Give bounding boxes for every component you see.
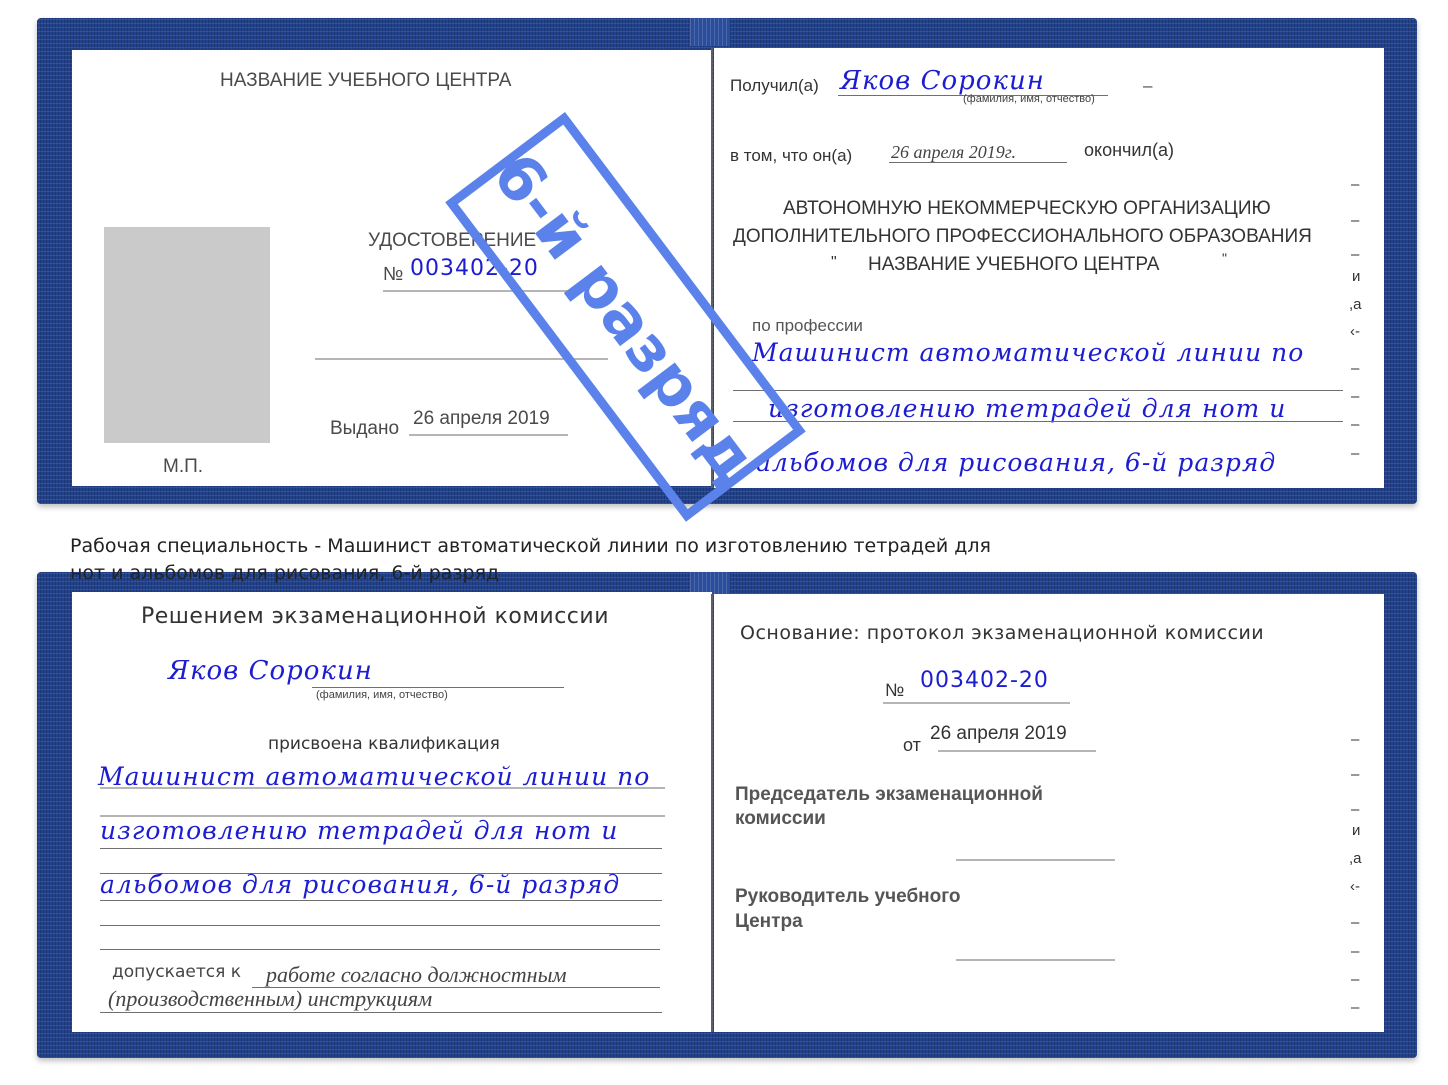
completed-prefix: в том, что он(а) <box>730 146 852 166</box>
caption-line-1: Рабочая специальность - Машинист автомат… <box>70 535 991 557</box>
protocol-date: 26 апреля 2019 <box>930 723 1067 745</box>
recipient-name: Яков Сорокин <box>840 66 1045 96</box>
chairman-signature-line <box>956 859 1115 861</box>
protocol-number: 003402-20 <box>920 668 1049 693</box>
admitted-line-2: (производственным) инструкциям <box>108 986 432 1012</box>
qualification-line-2: изготовлению тетрадей для нот и <box>100 816 618 845</box>
org-line-3-close-quote: " <box>1222 250 1227 266</box>
completed-date: 26 апреля 2019г. <box>891 142 1016 163</box>
recipient-dash: – <box>1143 76 1152 96</box>
profession-underline-2 <box>733 421 1343 422</box>
edge-mark: – <box>1351 388 1359 405</box>
edge-mark: – <box>1351 416 1359 433</box>
bottom-recipient-name: Яков Сорокин <box>168 656 373 686</box>
qualification-label: присвоена квалификация <box>268 734 500 754</box>
issued-label: Выдано <box>330 418 399 440</box>
bottom-name-hint: (фамилия, имя, отчество) <box>316 689 448 701</box>
photo-placeholder <box>104 227 270 443</box>
edge-mark: – <box>1351 445 1359 462</box>
admitted-line-1: работе согласно должностным <box>266 962 567 988</box>
director-signature-line <box>956 959 1115 961</box>
completed-suffix: окончил(а) <box>1084 140 1174 161</box>
profession-label: по профессии <box>752 316 863 336</box>
edge-mark: – <box>1351 246 1359 263</box>
director-line-2: Центра <box>735 911 803 933</box>
protocol-number-label: № <box>885 680 904 701</box>
admitted-label: допускается к <box>112 962 241 982</box>
org-line-3: НАЗВАНИЕ УЧЕБНОГО ЦЕНТРА <box>868 254 1160 276</box>
admitted-underline-2 <box>100 1012 662 1013</box>
profession-underline-1 <box>733 390 1343 391</box>
profession-line-2: изготовлению тетрадей для нот и <box>768 394 1286 423</box>
edge-mark: и <box>1352 822 1360 839</box>
qualification-underline-2 <box>100 848 662 849</box>
edge-mark: ,а <box>1349 296 1362 313</box>
qualification-underline-1 <box>100 787 665 789</box>
qualification-line-3: альбомов для рисования, 6-й разряд <box>100 870 620 899</box>
edge-mark: – <box>1351 801 1359 818</box>
edge-mark: – <box>1351 943 1359 960</box>
director-line-1: Руководитель учебного <box>735 886 961 908</box>
recipient-name-hint: (фамилия, имя, отчество) <box>963 93 1095 105</box>
qualification-underline-5 <box>100 949 660 950</box>
qualification-underline-4 <box>100 925 660 926</box>
protocol-date-underline <box>938 750 1096 752</box>
edge-mark: – <box>1351 731 1359 748</box>
basis-heading: Основание: протокол экзаменационной коми… <box>740 622 1264 644</box>
profession-line-1: Машинист автоматической линии по <box>752 338 1304 367</box>
profession-line-3: альбомов для рисования, 6-й разряд <box>756 448 1276 477</box>
edge-mark: – <box>1351 176 1359 193</box>
edge-mark: ,а <box>1349 850 1362 867</box>
edge-mark: – <box>1351 766 1359 783</box>
received-label: Получил(а) <box>730 76 819 96</box>
chairman-line-2: комиссии <box>735 808 826 830</box>
seal-label: М.П. <box>163 456 203 478</box>
protocol-number-underline <box>883 702 1070 704</box>
top-spine-band <box>690 18 730 46</box>
chairman-line-1: Председатель экзаменационной <box>735 784 1043 806</box>
edge-mark: ‹- <box>1350 878 1360 895</box>
org-line-1: АВТОНОМНУЮ НЕКОММЕРЧЕСКУЮ ОРГАНИЗАЦИЮ <box>783 198 1271 220</box>
edge-mark: и <box>1352 268 1360 285</box>
edge-mark: – <box>1351 999 1359 1016</box>
edge-mark: – <box>1351 971 1359 988</box>
edge-mark: – <box>1351 914 1359 931</box>
bottom-recipient-underline <box>312 687 564 688</box>
org-name: НАЗВАНИЕ УЧЕБНОГО ЦЕНТРА <box>220 70 512 92</box>
bottom-spine-fold <box>711 594 713 1032</box>
commission-heading: Решением экзаменационной комиссии <box>141 604 609 629</box>
caption-line-2: нот и альбомов для рисования, 6-й разряд <box>70 562 499 584</box>
issued-underline <box>409 434 568 436</box>
protocol-date-label: от <box>903 735 921 756</box>
qualification-underline-3 <box>100 900 662 901</box>
edge-mark: ‹- <box>1350 323 1360 340</box>
issued-date: 26 апреля 2019 <box>413 408 550 430</box>
number-label: № <box>383 264 403 286</box>
completed-date-underline <box>889 162 1067 163</box>
org-line-2: ДОПОЛНИТЕЛЬНОГО ПРОФЕССИОНАЛЬНОГО ОБРАЗО… <box>733 226 1312 248</box>
edge-mark: – <box>1351 212 1359 229</box>
org-line-3-open-quote: " <box>831 254 837 272</box>
edge-mark: – <box>1351 360 1359 377</box>
